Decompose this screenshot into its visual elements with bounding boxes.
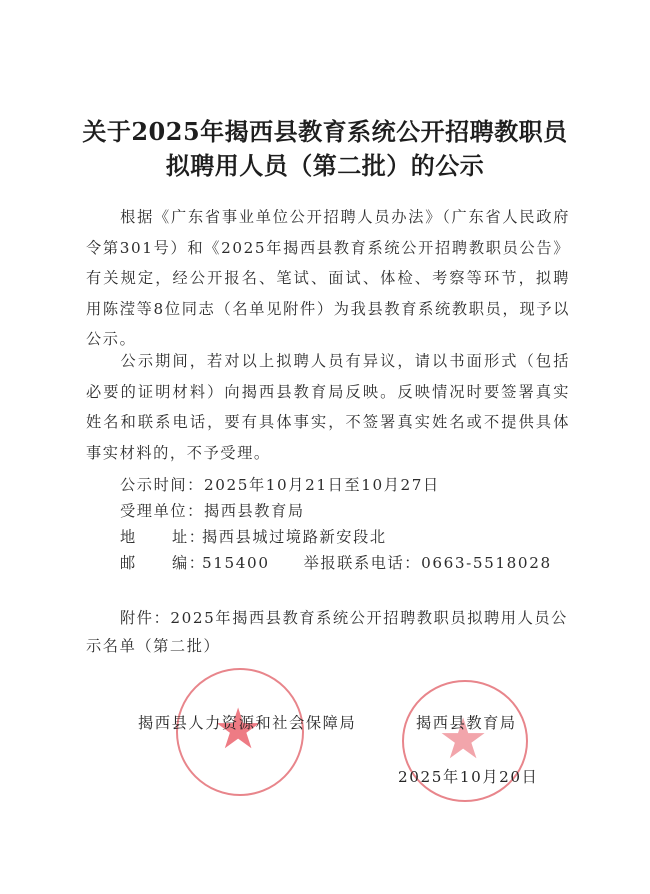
postcode-value: 515400 xyxy=(202,554,270,572)
unit-value: 揭西县教育局 xyxy=(204,502,305,520)
phone-label: 举报联系电话： xyxy=(304,554,422,572)
document-title-line2: 拟聘用人员（第二批）的公示 xyxy=(0,146,650,181)
signatory-hr-bureau: 揭西县人力资源和社会保障局 xyxy=(138,712,356,733)
postcode-label-b: 编： xyxy=(172,554,206,572)
address-value: 揭西县城过境路新安段北 xyxy=(202,528,387,546)
info-address: 地址：揭西县城过境路新安段北 xyxy=(120,524,387,550)
paragraph-basis-text: 根据《广东省事业单位公开招聘人员办法》（广东省人民政府令第301号）和《2025… xyxy=(86,208,570,348)
paragraph-basis: 根据《广东省事业单位公开招聘人员办法》（广东省人民政府令第301号）和《2025… xyxy=(86,202,570,355)
info-period: 公示时间：2025年10月21日至10月27日 xyxy=(120,472,440,498)
postcode-label-a: 邮 xyxy=(120,550,172,576)
info-postcode: 邮编：515400举报联系电话：0663-5518028 xyxy=(120,550,552,576)
signatory-education-bureau: 揭西县教育局 xyxy=(416,712,517,733)
unit-label: 受理单位： xyxy=(120,502,204,520)
document-title-line1: 关于2025年揭西县教育系统公开招聘教职员 xyxy=(0,112,650,147)
document-date: 2025年10月20日 xyxy=(398,766,538,787)
period-value: 2025年10月21日至10月27日 xyxy=(204,476,440,494)
paragraph-objection-text: 公示期间，若对以上拟聘人员有异议，请以书面形式（包括必要的证明材料）向揭西县教育… xyxy=(86,352,570,462)
address-label-a: 地 xyxy=(120,524,172,550)
info-unit: 受理单位：揭西县教育局 xyxy=(120,498,305,524)
document-page: 关于2025年揭西县教育系统公开招聘教职员 拟聘用人员（第二批）的公示 根据《广… xyxy=(0,0,650,894)
attachment-note: 附件：2025年揭西县教育系统公开招聘教职员拟聘用人员公示名单（第二批） xyxy=(86,604,570,660)
period-label: 公示时间： xyxy=(120,476,204,494)
phone-value: 0663-5518028 xyxy=(421,554,552,572)
address-label-b: 址： xyxy=(172,528,206,546)
paragraph-objection: 公示期间，若对以上拟聘人员有异议，请以书面形式（包括必要的证明材料）向揭西县教育… xyxy=(86,346,570,468)
